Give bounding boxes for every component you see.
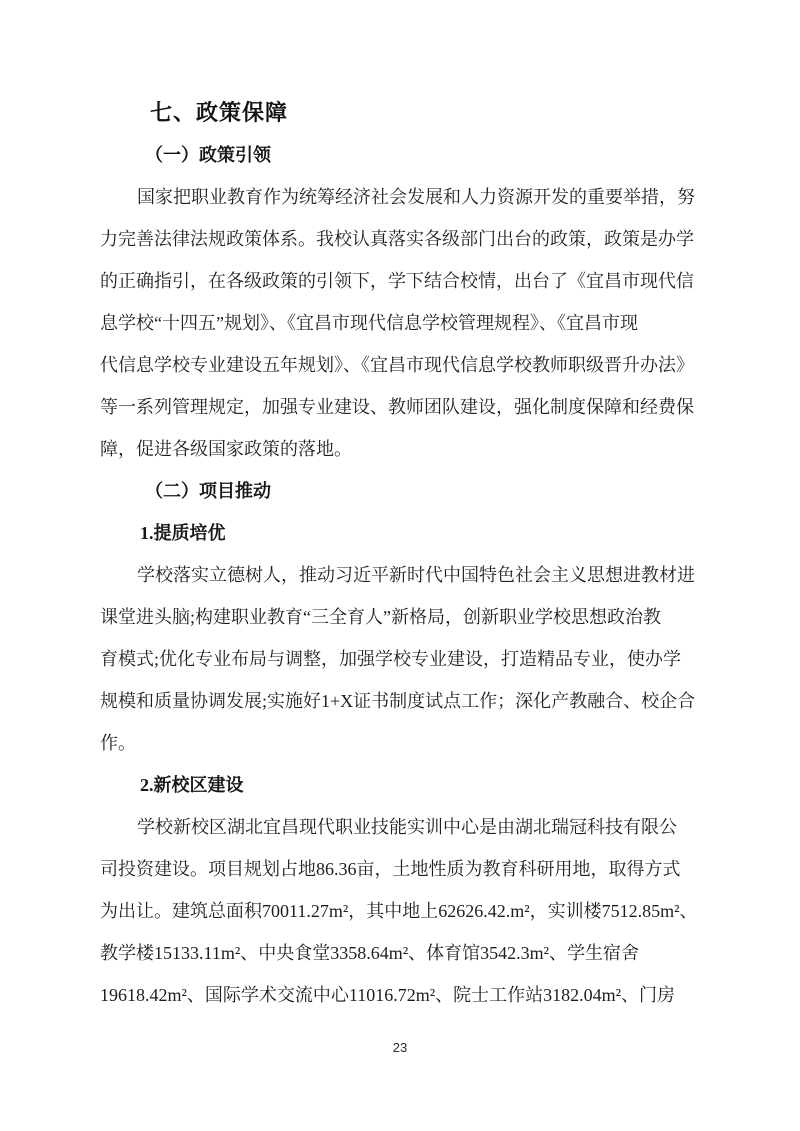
paragraph-line: 息学校“十四五”规划》、《宜昌市现代信息学校管理规程》、《宜昌市现 xyxy=(100,302,700,344)
line-text: 作。 xyxy=(100,733,136,753)
line-text: 19618.42m²、国际学术交流中心11016.72m²、院士工作站3182.… xyxy=(100,985,675,1005)
line-text: 国家把职业教育作为统筹经济社会发展和人力资源开发的重要举措，努 xyxy=(137,187,695,207)
line-text: 力完善法律法规政策体系。我校认真落实各级部门出台的政策，政策是办学 xyxy=(100,229,694,249)
section-heading: 1.提质培优 xyxy=(100,512,700,554)
line-text: 代信息学校专业建设五年规划》、《宜昌市现代信息学校教师职级晋升办法》 xyxy=(100,355,694,375)
line-text: 学校落实立德树人，推动习近平新时代中国特色社会主义思想进教材进 xyxy=(137,565,695,585)
line-text: 等一系列管理规定，加强专业建设、教师团队建设，强化制度保障和经费保 xyxy=(100,397,694,417)
paragraph-line: 学校新校区湖北宜昌现代职业技能实训中心是由湖北瑞冠科技有限公 xyxy=(100,806,700,848)
line-text: 的正确指引，在各级政策的引领下，学下结合校情，出台了《宜昌市现代信 xyxy=(100,271,694,291)
paragraph-line: 育模式;优化专业布局与调整，加强学校专业建设，打造精品专业，使办学 xyxy=(100,638,700,680)
document-body: 七、政策保障 （一）政策引领国家把职业教育作为统筹经济社会发展和人力资源开发的重… xyxy=(100,92,700,1016)
paragraph-line: 障，促进各级国家政策的落地。 xyxy=(100,428,700,470)
line-text: 息学校“十四五”规划》、《宜昌市现代信息学校管理规程》、《宜昌市现 xyxy=(100,313,638,333)
line-text: 课堂进头脑;构建职业教育“三全育人”新格局，创新职业学校思想政治教 xyxy=(100,607,661,627)
document-sections: （一）政策引领国家把职业教育作为统筹经济社会发展和人力资源开发的重要举措，努力完… xyxy=(100,134,700,1016)
paragraph-line: 学校落实立德树人，推动习近平新时代中国特色社会主义思想进教材进 xyxy=(100,554,700,596)
paragraph-line: 为出让。建筑总面积70011.27m²，其中地上62626.42.m²，实训楼7… xyxy=(100,890,700,932)
paragraph-line: 司投资建设。项目规划占地86.36亩，土地性质为教育科研用地，取得方式 xyxy=(100,848,700,890)
line-text: 育模式;优化专业布局与调整，加强学校专业建设，打造精品专业，使办学 xyxy=(100,649,681,669)
document-page: 七、政策保障 （一）政策引领国家把职业教育作为统筹经济社会发展和人力资源开发的重… xyxy=(0,0,800,1131)
line-text: 障，促进各级国家政策的落地。 xyxy=(100,439,352,459)
paragraph-line: 代信息学校专业建设五年规划》、《宜昌市现代信息学校教师职级晋升办法》 xyxy=(100,344,700,386)
paragraph-line: 的正确指引，在各级政策的引领下，学下结合校情，出台了《宜昌市现代信 xyxy=(100,260,700,302)
page-number: 23 xyxy=(0,1040,800,1055)
paragraph-line: 作。 xyxy=(100,722,700,764)
paragraph-line: 国家把职业教育作为统筹经济社会发展和人力资源开发的重要举措，努 xyxy=(100,176,700,218)
section-heading: （一）政策引领 xyxy=(100,134,700,176)
paragraph-line: 19618.42m²、国际学术交流中心11016.72m²、院士工作站3182.… xyxy=(100,974,700,1016)
line-text: 学校新校区湖北宜昌现代职业技能实训中心是由湖北瑞冠科技有限公 xyxy=(137,817,677,837)
page-title: 七、政策保障 xyxy=(100,92,700,134)
paragraph-line: 课堂进头脑;构建职业教育“三全育人”新格局，创新职业学校思想政治教 xyxy=(100,596,700,638)
paragraph-line: 等一系列管理规定，加强专业建设、教师团队建设，强化制度保障和经费保 xyxy=(100,386,700,428)
section-heading: （二）项目推动 xyxy=(100,470,700,512)
paragraph-line: 教学楼15133.11m²、中央食堂3358.64m²、体育馆3542.3m²、… xyxy=(100,932,700,974)
paragraph-line: 规模和质量协调发展;实施好1+X证书制度试点工作；深化产教融合、校企合 xyxy=(100,680,700,722)
line-text: 规模和质量协调发展;实施好1+X证书制度试点工作；深化产教融合、校企合 xyxy=(100,691,695,711)
line-text: 为出让。建筑总面积70011.27m²，其中地上62626.42.m²，实训楼7… xyxy=(100,901,698,921)
line-text: 司投资建设。项目规划占地86.36亩，土地性质为教育科研用地，取得方式 xyxy=(100,859,681,879)
section-heading: 2.新校区建设 xyxy=(100,764,700,806)
line-text: 教学楼15133.11m²、中央食堂3358.64m²、体育馆3542.3m²、… xyxy=(100,943,639,963)
paragraph-line: 力完善法律法规政策体系。我校认真落实各级部门出台的政策，政策是办学 xyxy=(100,218,700,260)
